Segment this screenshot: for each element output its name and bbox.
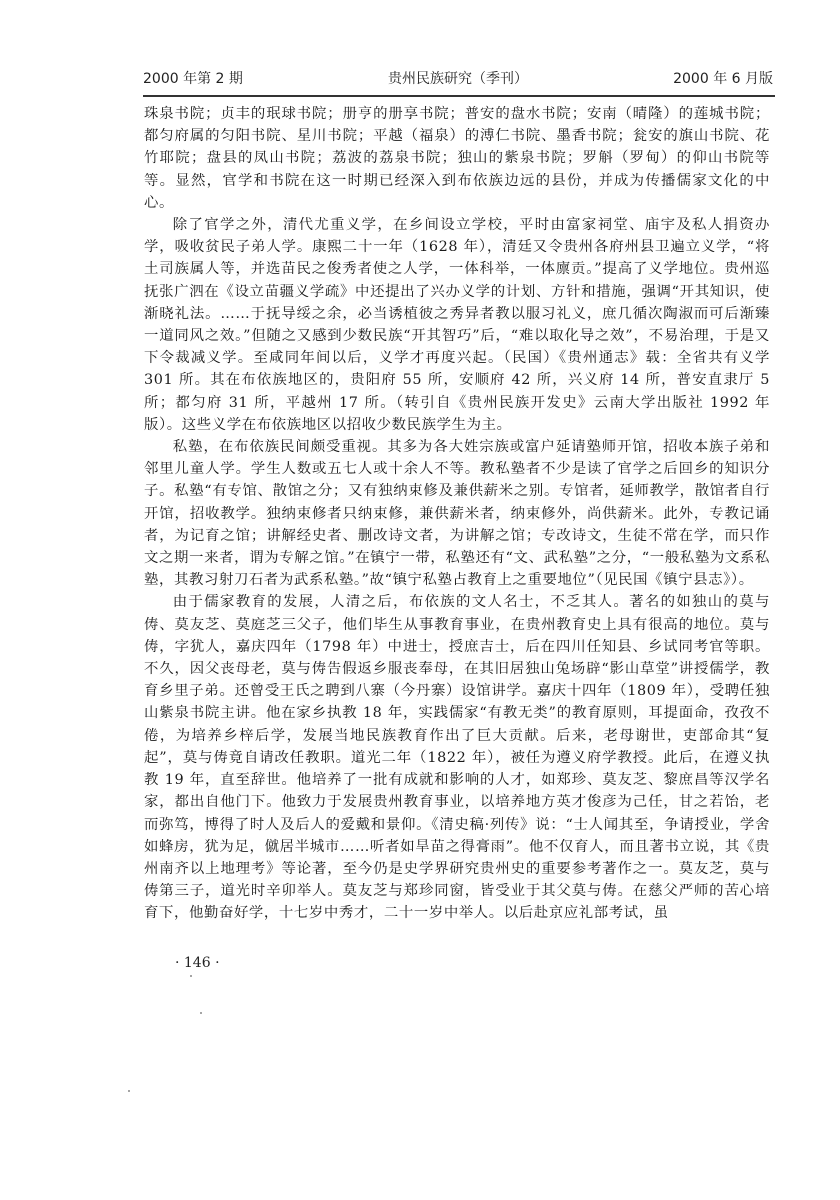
paragraph-charity-schools: 除了官学之外，清代尤重义学，在乡间设立学校，平时由富家祠堂、庙宇及私人捐资办学，…	[144, 214, 770, 436]
scan-speck	[190, 975, 192, 977]
paragraph-mo-family: 由于儒家教育的发展，人清之后，布依族的文人名士，不乏其人。著名的如独山的莫与俦、…	[144, 591, 770, 924]
publication-date: 2000 年 6 月版	[673, 68, 773, 88]
paragraph-academies: 珠泉书院；贞丰的珉球书院；册亨的册享书院；普安的盘水书院；安南（晴隆）的莲城书院…	[144, 103, 770, 214]
paragraph-private-schools: 私塾，在布依族民间颇受重视。其多为各大姓宗族或富户延请塾师开馆，招收本族子弟和邻…	[144, 436, 770, 591]
scan-speck	[128, 1090, 130, 1092]
header-rule	[143, 95, 775, 97]
article-body: 珠泉书院；贞丰的珉球书院；册亨的册享书院；普安的盘水书院；安南（晴隆）的莲城书院…	[144, 103, 770, 925]
scan-speck	[200, 1012, 202, 1014]
page-number: · 146 ·	[175, 955, 220, 971]
running-header: 2000 年第 2 期 贵州民族研究（季刊） 2000 年 6 月版	[143, 68, 773, 90]
